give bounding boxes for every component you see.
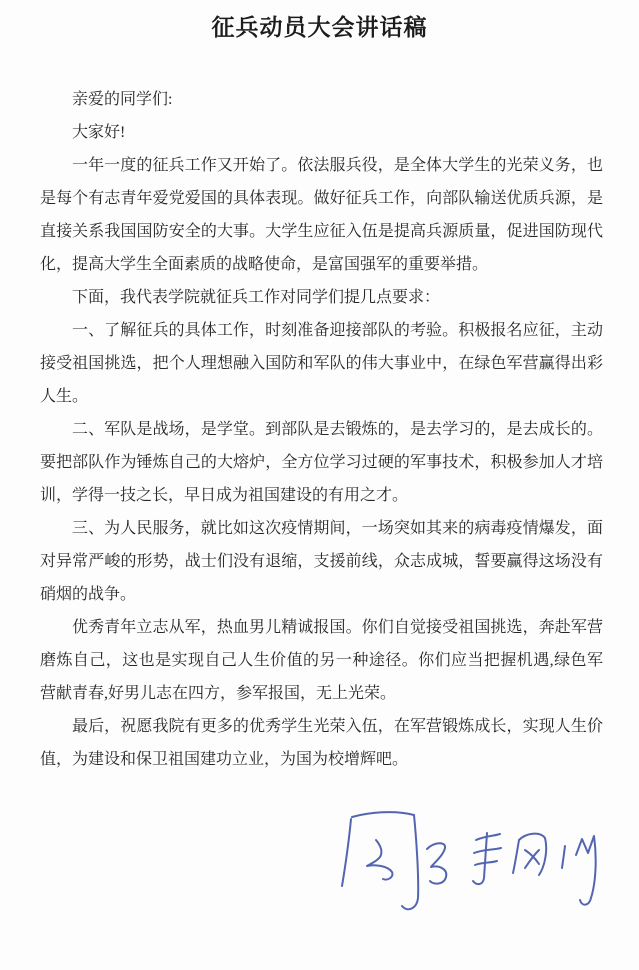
body-paragraph: 一、了解征兵的具体工作，时刻准备迎接部队的考验。积极报名应征，主动接受祖国挑选，… — [40, 314, 603, 413]
greeting-line: 大家好! — [40, 116, 603, 149]
signature-ink — [342, 812, 596, 909]
salutation-line: 亲爱的同学们: — [40, 83, 603, 116]
handwritten-signature — [330, 800, 610, 930]
body-paragraph: 优秀青年立志从军，热血男儿精诚报国。你们自觉接受祖国挑选，奔赴军营磨炼自己，这也… — [40, 611, 603, 710]
body-paragraph: 三、为人民服务，就比如这次疫情期间，一场突如其来的病毒疫情爆发，面对异常严峻的形… — [40, 512, 603, 611]
document-body: 亲爱的同学们: 大家好! 一年一度的征兵工作又开始了。依法服兵役，是全体大学生的… — [40, 83, 603, 776]
body-paragraph: 一年一度的征兵工作又开始了。依法服兵役，是全体大学生的光荣义务，也是每个有志青年… — [40, 149, 603, 281]
document-title: 征兵动员大会讲话稿 — [0, 0, 639, 43]
document-page: 征兵动员大会讲话稿 亲爱的同学们: 大家好! 一年一度的征兵工作又开始了。依法服… — [0, 0, 639, 970]
body-paragraph: 最后，祝愿我院有更多的优秀学生光荣入伍，在军营锻炼成长，实现人生价值，为建设和保… — [40, 710, 603, 776]
body-paragraph: 二、军队是战场，是学堂。到部队是去锻炼的，是去学习的，是去成长的。要把部队作为锤… — [40, 413, 603, 512]
body-paragraph: 下面，我代表学院就征兵工作对同学们提几点要求： — [40, 281, 603, 314]
